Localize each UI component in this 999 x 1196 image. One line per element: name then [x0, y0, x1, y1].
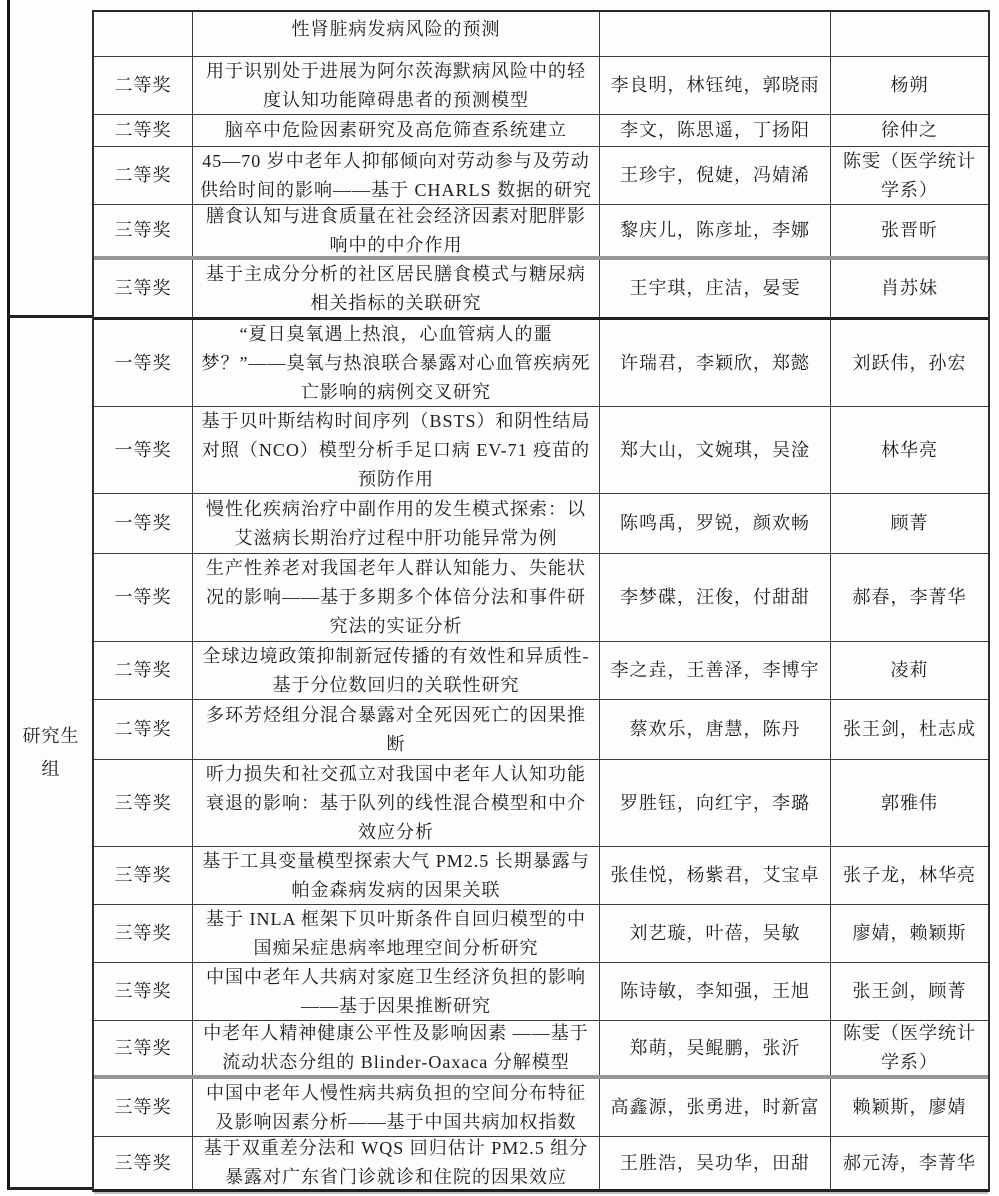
members-cell: 郑大山，文婉琪，吴淦 [600, 407, 830, 493]
members-cell: 罗胜钰，向红宇，李璐 [600, 760, 830, 846]
team-members: 许瑞君，李颖欣，郑懿 [620, 349, 810, 378]
members-cell: 李文，陈思遥，丁扬阳 [600, 115, 830, 146]
advisors-cell: 杨朔 [830, 57, 988, 114]
project-title: 基于工具变量模型探索大气 PM2.5 长期暴露与帕金森病发病的因果关联 [200, 847, 592, 904]
advisors-cell: 郝元涛，李菁华 [830, 1137, 988, 1189]
award-cell: 三等奖 [94, 1079, 192, 1136]
team-members: 罗胜钰，向红宇，李璐 [620, 789, 810, 818]
advisors-cell: 凌莉 [830, 642, 988, 699]
title-cell: 基于贝叶斯结构时间序列（BSTS）和阴性结局对照（NCO）模型分析手足口病 EV… [192, 407, 600, 493]
title-cell: 基于 INLA 框架下贝叶斯条件自回归模型的中国痴呆症患病率地理空间分析研究 [192, 905, 600, 962]
table-row: 三等奖 基于工具变量模型探索大气 PM2.5 长期暴露与帕金森病发病的因果关联 … [94, 847, 988, 905]
group-cell-graduate: 研究生组 [7, 318, 92, 1190]
members-cell: 李良明，林钰纯，郭晓雨 [600, 57, 830, 114]
table-row: 性肾脏病发病风险的预测 [94, 12, 988, 57]
team-members: 李梦碟，汪俊，付甜甜 [620, 583, 810, 612]
project-title: 基于贝叶斯结构时间序列（BSTS）和阴性结局对照（NCO）模型分析手足口病 EV… [200, 407, 592, 493]
award-label: 二等奖 [115, 715, 172, 744]
award-label: 三等奖 [115, 1093, 172, 1122]
advisors-cell: 刘跃伟，孙宏 [830, 320, 988, 406]
title-cell: 听力损失和社交孤立对我国中老年人认知功能衰退的影响：基于队列的线性混合模型和中介… [192, 760, 600, 846]
advisors: 张王剑，顾菁 [853, 977, 967, 1006]
members-cell: 李之垚，王善泽，李博宇 [600, 642, 830, 699]
advisors-cell: 顾菁 [830, 494, 988, 553]
award-label: 三等奖 [115, 1034, 172, 1063]
group-cell-top [7, 0, 92, 318]
award-cell: 三等奖 [94, 1137, 192, 1189]
award-cell: 一等奖 [94, 320, 192, 406]
award-label: 三等奖 [115, 274, 172, 303]
title-cell: 慢性化疾病治疗中副作用的发生模式探索：以艾滋病长期治疗过程中肝功能异常为例 [192, 494, 600, 553]
title-cell: 中国中老年人共病对家庭卫生经济负担的影响——基于因果推断研究 [192, 963, 600, 1020]
award-cell: 二等奖 [94, 642, 192, 699]
table-row: 二等奖 全球边境政策抑制新冠传播的有效性和异质性-基于分位数回归的关联性研究 李… [94, 642, 988, 700]
team-members: 王珍宇，倪婕，冯婧浠 [620, 161, 810, 190]
award-label: 一等奖 [115, 583, 172, 612]
table-row: 二等奖 45—70 岁中老年人抑郁倾向对劳动参与及劳动供给时间的影响——基于 C… [94, 147, 988, 205]
project-title: 用于识别处于进展为阿尔茨海默病风险中的轻度认知功能障碍患者的预测模型 [200, 57, 592, 114]
members-cell: 陈鸣禹，罗锐，颜欢畅 [600, 494, 830, 553]
award-cell: 一等奖 [94, 407, 192, 493]
awards-table-page: 研究生组 性肾脏病发病风险的预测 二等奖 用于识别处于进展为阿尔茨海默病风险中的… [0, 0, 999, 1196]
award-cell: 三等奖 [94, 1021, 192, 1075]
title-cell: 生产性养老对我国老年人群认知能力、失能状况的影响——基于多期多个体倍分法和事件研… [192, 554, 600, 641]
award-cell: 一等奖 [94, 554, 192, 641]
advisors: 张王剑，杜志成 [843, 715, 976, 744]
title-cell: 用于识别处于进展为阿尔茨海默病风险中的轻度认知功能障碍患者的预测模型 [192, 57, 600, 114]
advisors-cell [830, 12, 988, 56]
team-members: 王宇琪，庄洁，晏雯 [630, 274, 801, 303]
table-row: 一等奖 生产性养老对我国老年人群认知能力、失能状况的影响——基于多期多个体倍分法… [94, 554, 988, 642]
award-cell: 二等奖 [94, 700, 192, 759]
table-row: 二等奖 用于识别处于进展为阿尔茨海默病风险中的轻度认知功能障碍患者的预测模型 李… [94, 57, 988, 115]
team-members: 刘艺璇，叶蓓，吴敏 [630, 919, 801, 948]
group-label: 研究生组 [20, 720, 82, 786]
team-members: 黎庆儿，陈彦址，李娜 [620, 216, 810, 245]
project-title: 中国中老年人慢性病共病负担的空间分布特征及影响因素分析——基于中国共病加权指数 [200, 1079, 592, 1136]
title-cell: 脑卒中危险因素研究及高危筛查系统建立 [192, 115, 600, 146]
title-cell: 中老年人精神健康公平性及影响因素 ——基于流动状态分组的 Blinder-Oax… [192, 1021, 600, 1075]
title-cell: 45—70 岁中老年人抑郁倾向对劳动参与及劳动供给时间的影响——基于 CHARL… [192, 147, 600, 204]
award-cell: 三等奖 [94, 847, 192, 904]
title-cell: 基于双重差分法和 WQS 回归估计 PM2.5 组分暴露对广东省门诊就诊和住院的… [192, 1137, 600, 1189]
advisors-cell: 赖颖斯，廖婧 [830, 1079, 988, 1136]
advisors-cell: 陈雯（医学统计学系） [830, 147, 988, 204]
advisors-cell: 廖婧，赖颖斯 [830, 905, 988, 962]
advisors: 凌莉 [891, 656, 929, 685]
project-title: 基于主成分分析的社区居民膳食模式与糖尿病相关指标的关联研究 [200, 260, 592, 317]
title-cell: 性肾脏病发病风险的预测 [192, 12, 600, 56]
advisors: 陈雯（医学统计学系） [836, 147, 983, 204]
title-cell: 基于工具变量模型探索大气 PM2.5 长期暴露与帕金森病发病的因果关联 [192, 847, 600, 904]
members-cell: 许瑞君，李颖欣，郑懿 [600, 320, 830, 406]
table-row: 一等奖 “夏日臭氧遇上热浪，心血管病人的噩梦？”——臭氧与热浪联合暴露对心血管疾… [94, 320, 988, 407]
award-cell: 二等奖 [94, 147, 192, 204]
members-cell: 王宇琪，庄洁，晏雯 [600, 260, 830, 317]
advisors: 廖婧，赖颖斯 [853, 919, 967, 948]
advisors-cell: 肖苏妹 [830, 260, 988, 317]
advisors: 杨朔 [891, 71, 929, 100]
advisors: 刘跃伟，孙宏 [853, 349, 967, 378]
title-cell: 多环芳烃组分混合暴露对全死因死亡的因果推断 [192, 700, 600, 759]
members-cell: 王胜浩，吴功华，田甜 [600, 1137, 830, 1189]
award-label: 二等奖 [115, 71, 172, 100]
award-cell [94, 12, 192, 56]
advisors-cell: 郭雅伟 [830, 760, 988, 846]
project-title: 性肾脏病发病风险的预测 [292, 15, 501, 44]
advisors: 肖苏妹 [881, 274, 938, 303]
advisors: 徐仲之 [881, 116, 938, 145]
advisors-cell: 徐仲之 [830, 115, 988, 146]
advisors: 张晋昕 [881, 216, 938, 245]
members-cell: 李梦碟，汪俊，付甜甜 [600, 554, 830, 641]
advisors: 郝元涛，李菁华 [843, 1149, 976, 1178]
table-row: 三等奖 膳食认知与进食质量在社会经济因素对肥胖影响中的中介作用 黎庆儿，陈彦址，… [94, 205, 988, 260]
table-row: 三等奖 中老年人精神健康公平性及影响因素 ——基于流动状态分组的 Blinder… [94, 1021, 988, 1079]
table-row: 一等奖 慢性化疾病治疗中副作用的发生模式探索：以艾滋病长期治疗过程中肝功能异常为… [94, 494, 988, 554]
table-row: 一等奖 基于贝叶斯结构时间序列（BSTS）和阴性结局对照（NCO）模型分析手足口… [94, 407, 988, 494]
table-row: 三等奖 中国中老年人共病对家庭卫生经济负担的影响——基于因果推断研究 陈诗敏，李… [94, 963, 988, 1021]
team-members: 张佳悦，杨紫君，艾宝卓 [611, 861, 820, 890]
team-members: 高鑫源，张勇进，时新富 [611, 1093, 820, 1122]
members-cell: 张佳悦，杨紫君，艾宝卓 [600, 847, 830, 904]
table-row: 二等奖 多环芳烃组分混合暴露对全死因死亡的因果推断 蔡欢乐，唐慧，陈丹 张王剑，… [94, 700, 988, 760]
award-label: 一等奖 [115, 349, 172, 378]
award-label: 三等奖 [115, 977, 172, 1006]
award-label: 二等奖 [115, 161, 172, 190]
project-title: 生产性养老对我国老年人群认知能力、失能状况的影响——基于多期多个体倍分法和事件研… [200, 554, 592, 641]
members-cell: 王珍宇，倪婕，冯婧浠 [600, 147, 830, 204]
advisors: 赖颖斯，廖婧 [853, 1093, 967, 1122]
team-members: 李之垚，王善泽，李博宇 [611, 656, 820, 685]
award-cell: 三等奖 [94, 260, 192, 317]
title-cell: 基于主成分分析的社区居民膳食模式与糖尿病相关指标的关联研究 [192, 260, 600, 317]
project-title: 听力损失和社交孤立对我国中老年人认知功能衰退的影响：基于队列的线性混合模型和中介… [200, 760, 592, 846]
title-cell: 全球边境政策抑制新冠传播的有效性和异质性-基于分位数回归的关联性研究 [192, 642, 600, 699]
team-members: 陈诗敏，李知强，王旭 [620, 977, 810, 1006]
advisors: 顾菁 [891, 509, 929, 538]
members-cell: 刘艺璇，叶蓓，吴敏 [600, 905, 830, 962]
advisors-cell: 张王剑，顾菁 [830, 963, 988, 1020]
award-cell: 三等奖 [94, 205, 192, 256]
advisors: 张子龙，林华亮 [843, 861, 976, 890]
project-title: 脑卒中危险因素研究及高危筛查系统建立 [225, 116, 567, 145]
members-cell [600, 12, 830, 56]
members-cell: 蔡欢乐，唐慧，陈丹 [600, 700, 830, 759]
table-row: 三等奖 基于双重差分法和 WQS 回归估计 PM2.5 组分暴露对广东省门诊就诊… [94, 1137, 988, 1192]
award-label: 三等奖 [115, 861, 172, 890]
award-label: 二等奖 [115, 116, 172, 145]
award-label: 一等奖 [115, 509, 172, 538]
team-members: 郑萌，吴鲲鹏，张沂 [630, 1034, 801, 1063]
project-title: 中老年人精神健康公平性及影响因素 ——基于流动状态分组的 Blinder-Oax… [200, 1021, 592, 1075]
award-cell: 二等奖 [94, 57, 192, 114]
advisors-cell: 林华亮 [830, 407, 988, 493]
team-members: 郑大山，文婉琪，吴淦 [620, 436, 810, 465]
award-cell: 三等奖 [94, 963, 192, 1020]
table-row: 三等奖 听力损失和社交孤立对我国中老年人认知功能衰退的影响：基于队列的线性混合模… [94, 760, 988, 847]
award-label: 三等奖 [115, 1149, 172, 1178]
table-row: 三等奖 基于主成分分析的社区居民膳食模式与糖尿病相关指标的关联研究 王宇琪，庄洁… [94, 260, 988, 320]
project-title: 基于双重差分法和 WQS 回归估计 PM2.5 组分暴露对广东省门诊就诊和住院的… [200, 1137, 592, 1189]
project-title: 中国中老年人共病对家庭卫生经济负担的影响——基于因果推断研究 [200, 963, 592, 1020]
team-members: 蔡欢乐，唐慧，陈丹 [630, 715, 801, 744]
advisors-cell: 张子龙，林华亮 [830, 847, 988, 904]
project-title: 膳食认知与进食质量在社会经济因素对肥胖影响中的中介作用 [200, 205, 592, 256]
title-cell: 膳食认知与进食质量在社会经济因素对肥胖影响中的中介作用 [192, 205, 600, 256]
advisors: 林华亮 [881, 436, 938, 465]
award-cell: 二等奖 [94, 115, 192, 146]
team-members: 李文，陈思遥，丁扬阳 [620, 116, 810, 145]
project-title: 慢性化疾病治疗中副作用的发生模式探索：以艾滋病长期治疗过程中肝功能异常为例 [200, 495, 592, 553]
advisors-cell: 张晋昕 [830, 205, 988, 256]
team-members: 王胜浩，吴功华，田甜 [620, 1149, 810, 1178]
members-cell: 高鑫源，张勇进，时新富 [600, 1079, 830, 1136]
project-title: “夏日臭氧遇上热浪，心血管病人的噩梦？”——臭氧与热浪联合暴露对心血管疾病死亡影… [200, 320, 592, 406]
award-label: 三等奖 [115, 919, 172, 948]
advisors: 陈雯（医学统计学系） [836, 1021, 983, 1075]
members-cell: 陈诗敏，李知强，王旭 [600, 963, 830, 1020]
table-row: 二等奖 脑卒中危险因素研究及高危筛查系统建立 李文，陈思遥，丁扬阳 徐仲之 [94, 115, 988, 147]
award-cell: 三等奖 [94, 905, 192, 962]
awards-table-body: 性肾脏病发病风险的预测 二等奖 用于识别处于进展为阿尔茨海默病风险中的轻度认知功… [92, 10, 990, 1192]
award-cell: 一等奖 [94, 494, 192, 553]
advisors-cell: 郝春，李菁华 [830, 554, 988, 641]
advisors: 郭雅伟 [881, 789, 938, 818]
table-row: 三等奖 中国中老年人慢性病共病负担的空间分布特征及影响因素分析——基于中国共病加… [94, 1079, 988, 1137]
advisors-cell: 陈雯（医学统计学系） [830, 1021, 988, 1075]
table-row: 三等奖 基于 INLA 框架下贝叶斯条件自回归模型的中国痴呆症患病率地理空间分析… [94, 905, 988, 963]
award-label: 二等奖 [115, 656, 172, 685]
project-title: 全球边境政策抑制新冠传播的有效性和异质性-基于分位数回归的关联性研究 [200, 642, 592, 699]
award-cell: 三等奖 [94, 760, 192, 846]
project-title: 多环芳烃组分混合暴露对全死因死亡的因果推断 [200, 701, 592, 759]
advisors-cell: 张王剑，杜志成 [830, 700, 988, 759]
title-cell: “夏日臭氧遇上热浪，心血管病人的噩梦？”——臭氧与热浪联合暴露对心血管疾病死亡影… [192, 320, 600, 406]
award-label: 三等奖 [115, 789, 172, 818]
advisors: 郝春，李菁华 [853, 583, 967, 612]
title-cell: 中国中老年人慢性病共病负担的空间分布特征及影响因素分析——基于中国共病加权指数 [192, 1079, 600, 1136]
team-members: 陈鸣禹，罗锐，颜欢畅 [620, 509, 810, 538]
award-label: 三等奖 [115, 216, 172, 245]
award-label: 一等奖 [115, 436, 172, 465]
project-title: 45—70 岁中老年人抑郁倾向对劳动参与及劳动供给时间的影响——基于 CHARL… [200, 147, 592, 204]
project-title: 基于 INLA 框架下贝叶斯条件自回归模型的中国痴呆症患病率地理空间分析研究 [200, 905, 592, 962]
members-cell: 郑萌，吴鲲鹏，张沂 [600, 1021, 830, 1075]
members-cell: 黎庆儿，陈彦址，李娜 [600, 205, 830, 256]
team-members: 李良明，林钰纯，郭晓雨 [611, 71, 820, 100]
